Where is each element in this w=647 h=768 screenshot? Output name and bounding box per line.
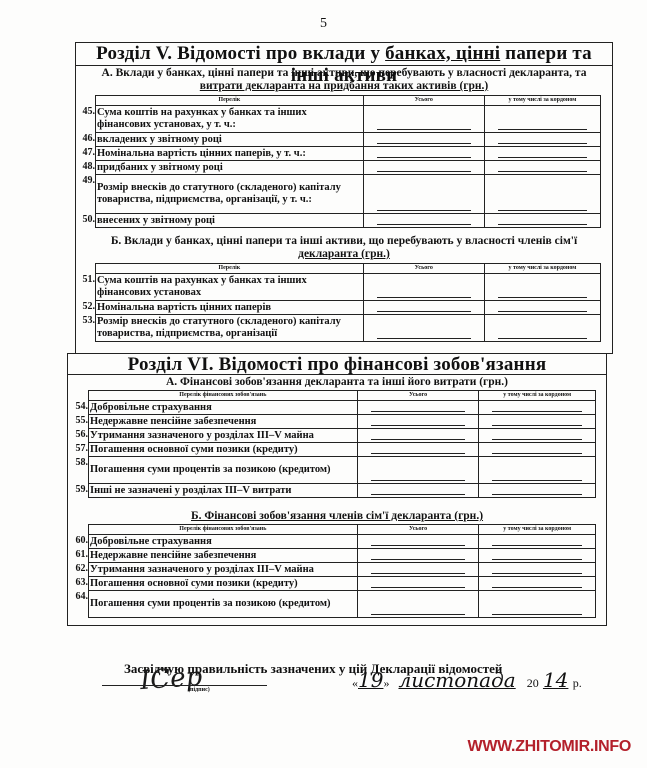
table-row: 46.вкладених у звітному році — [96, 133, 601, 147]
site-watermark: WWW.ZHITOMIR.INFO — [468, 738, 631, 756]
row-label: 60.Добровільне страхування — [89, 535, 358, 549]
total-value-field[interactable] — [363, 315, 484, 342]
row-number: 60. — [71, 535, 88, 547]
column-header-list: Перелік — [96, 96, 364, 106]
blank-dash-line — [377, 157, 471, 158]
blank-dash-line — [498, 157, 588, 158]
blank-dash-line — [492, 559, 582, 560]
abroad-value-field[interactable] — [479, 549, 596, 563]
section-6a-title: А. Фінансові зобов'язання декларанта та … — [68, 376, 606, 389]
column-header-total: Усього — [363, 264, 484, 274]
abroad-value-field[interactable] — [479, 535, 596, 549]
section-5b-title: Б. Вклади у банках, цінні папери та інші… — [76, 235, 612, 261]
row-label: 49.Розмір внесків до статутного (складен… — [96, 175, 364, 214]
blank-dash-line — [492, 494, 582, 495]
date-month: листопада — [398, 668, 515, 692]
blank-dash-line — [377, 129, 471, 130]
table-row: 58.Погашення суми процентів за позикою (… — [89, 457, 596, 484]
table-row: 47.Номінальна вартість цінних паперів, у… — [96, 147, 601, 161]
section-5a-title-line2: витрати декларанта на придбання таких ак… — [76, 80, 612, 93]
section-6b-title-text: Б. Фінансові зобов'язання членів сім'ї д… — [191, 510, 483, 522]
table-row: 56.Утримання зазначеного у розділах III–… — [89, 429, 596, 443]
row-label: 45.Сума коштів на рахунках у банках та і… — [96, 106, 364, 133]
section-6a-table: Перелік фінансових зобов'язаньУсьогоу то… — [88, 390, 596, 498]
row-label: 46.вкладених у звітному році — [96, 133, 364, 147]
table-row: 64.Погашення суми процентів за позикою (… — [89, 591, 596, 618]
table-header-row: ПерелікУсьогоу тому числі за кордоном — [96, 96, 601, 106]
blank-dash-line — [371, 439, 465, 440]
row-label-text: Погашення основної суми позики (кредиту) — [90, 578, 298, 589]
table-row: 55.Недержавне пенсійне забезпечення — [89, 415, 596, 429]
total-value-field[interactable] — [363, 214, 484, 228]
row-number: 45. — [78, 106, 95, 118]
row-label: 63.Погашення основної суми позики (креди… — [89, 577, 358, 591]
row-label-text: Погашення суми процентів за позикою (кре… — [90, 464, 331, 475]
column-header-abroad: у тому числі за кордоном — [484, 96, 600, 106]
blank-dash-line — [498, 297, 588, 298]
section-5a-title-line1: А. Вклади у банках, цінні папери та інші… — [76, 67, 612, 80]
row-label-text: Добровільне страхування — [90, 536, 212, 547]
blank-dash-line — [371, 425, 465, 426]
abroad-value-field[interactable] — [479, 429, 596, 443]
blank-dash-line — [377, 224, 471, 225]
row-label: 52.Номінальна вартість цінних паперів — [96, 301, 364, 315]
row-label: 59.Інші не зазначені у розділах III–V ви… — [89, 484, 358, 498]
row-number: 52. — [78, 301, 95, 313]
row-label: 47.Номінальна вартість цінних паперів, у… — [96, 147, 364, 161]
row-label-text: Розмір внесків до статутного (складеного… — [97, 316, 341, 339]
total-value-field[interactable] — [357, 484, 479, 498]
signature-line — [102, 685, 267, 686]
table-row: 61.Недержавне пенсійне забезпечення — [89, 549, 596, 563]
section-5b-table: ПерелікУсьогоу тому числі за кордоном51.… — [95, 263, 601, 342]
blank-dash-line — [371, 545, 465, 546]
table-row: 62.Утримання зазначеного у розділах III–… — [89, 563, 596, 577]
blank-dash-line — [492, 614, 582, 615]
abroad-value-field[interactable] — [479, 484, 596, 498]
total-value-field[interactable] — [357, 443, 479, 457]
total-value-field[interactable] — [357, 535, 479, 549]
row-number: 47. — [78, 147, 95, 159]
row-number: 49. — [78, 175, 95, 187]
abroad-value-field[interactable] — [479, 415, 596, 429]
section-5-title-prefix: Розділ V. Відомості про вклади у — [96, 43, 385, 64]
date-close-quote: » — [383, 676, 389, 690]
total-value-field[interactable] — [363, 301, 484, 315]
total-value-field[interactable] — [357, 429, 479, 443]
blank-dash-line — [492, 545, 582, 546]
row-number: 54. — [71, 401, 88, 413]
row-label-text: Недержавне пенсійне забезпечення — [90, 550, 256, 561]
row-number: 64. — [71, 591, 88, 603]
blank-dash-line — [498, 129, 588, 130]
column-header-total: Усього — [363, 96, 484, 106]
row-label: 61.Недержавне пенсійне забезпечення — [89, 549, 358, 563]
section-5-frame: Розділ V. Відомості про вклади у банках,… — [75, 42, 613, 354]
abroad-value-field[interactable] — [484, 315, 600, 342]
abroad-value-field[interactable] — [479, 401, 596, 415]
row-number: 57. — [71, 443, 88, 455]
blank-dash-line — [498, 224, 588, 225]
row-number: 62. — [71, 563, 88, 575]
table-row: 45.Сума коштів на рахунках у банках та і… — [96, 106, 601, 133]
table-header-row: Перелік фінансових зобов'язаньУсьогоу то… — [89, 391, 596, 401]
row-label-text: Сума коштів на рахунках у банках та інши… — [97, 107, 307, 130]
row-label: 57.Погашення основної суми позики (креди… — [89, 443, 358, 457]
blank-dash-line — [498, 143, 588, 144]
blank-dash-line — [371, 453, 465, 454]
blank-dash-line — [498, 171, 588, 172]
blank-dash-line — [492, 425, 582, 426]
total-value-field[interactable] — [363, 147, 484, 161]
total-value-field[interactable] — [357, 591, 479, 618]
row-number: 63. — [71, 577, 88, 589]
section-5a-table: ПерелікУсьогоу тому числі за кордоном45.… — [95, 95, 601, 228]
date-day: 19 — [358, 668, 383, 692]
row-label: 55.Недержавне пенсійне забезпечення — [89, 415, 358, 429]
total-value-field[interactable] — [363, 274, 484, 301]
section-5b-title-line2: декларанта (грн.) — [76, 248, 612, 261]
blank-dash-line — [371, 494, 465, 495]
section-5a-title: А. Вклади у банках, цінні папери та інші… — [76, 67, 612, 93]
page-number: 5 — [0, 16, 647, 32]
section-5-title: Розділ V. Відомості про вклади у банках,… — [76, 43, 612, 66]
table-row: 48.придбаних у звітному році — [96, 161, 601, 175]
column-header-total: Усього — [357, 525, 479, 535]
row-number: 58. — [71, 457, 88, 469]
row-label-text: придбаних у звітному році — [97, 162, 223, 173]
row-label-text: Погашення суми процентів за позикою (кре… — [90, 598, 331, 609]
date-year-abbr: р. — [573, 676, 582, 690]
abroad-value-field[interactable] — [484, 133, 600, 147]
row-label: 53.Розмір внесків до статутного (складен… — [96, 315, 364, 342]
row-number: 59. — [71, 484, 88, 496]
table-header-row: Перелік фінансових зобов'язаньУсьогоу то… — [89, 525, 596, 535]
row-label-text: Утримання зазначеного у розділах III–V м… — [90, 430, 314, 441]
column-header-abroad: у тому числі за кордоном — [479, 525, 596, 535]
row-number: 46. — [78, 133, 95, 145]
blank-dash-line — [371, 411, 465, 412]
row-label: 51.Сума коштів на рахунках у банках та і… — [96, 274, 364, 301]
blank-dash-line — [492, 439, 582, 440]
column-header-list: Перелік фінансових зобов'язань — [89, 391, 358, 401]
row-label: 56.Утримання зазначеного у розділах III–… — [89, 429, 358, 443]
blank-dash-line — [371, 559, 465, 560]
section-6b-table: Перелік фінансових зобов'язаньУсьогоу то… — [88, 524, 596, 618]
table-row: 51.Сума коштів на рахунках у банках та і… — [96, 274, 601, 301]
section-5b-title-line1: Б. Вклади у банках, цінні папери та інші… — [76, 235, 612, 248]
row-label-text: Погашення основної суми позики (кредиту) — [90, 444, 298, 455]
abroad-value-field[interactable] — [484, 175, 600, 214]
table-row: 57.Погашення основної суми позики (креди… — [89, 443, 596, 457]
row-label-text: Розмір внесків до статутного (складеного… — [97, 182, 341, 205]
row-label-text: Інші не зазначені у розділах III–V витра… — [90, 485, 291, 496]
row-label-text: вкладених у звітному році — [97, 134, 222, 145]
total-value-field[interactable] — [363, 133, 484, 147]
row-label-text: внесених у звітному році — [97, 215, 215, 226]
column-header-abroad: у тому числі за кордоном — [479, 391, 596, 401]
blank-dash-line — [492, 587, 582, 588]
blank-dash-line — [377, 143, 471, 144]
total-value-field[interactable] — [357, 577, 479, 591]
row-number: 53. — [78, 315, 95, 327]
blank-dash-line — [492, 480, 582, 481]
row-label-text: Номінальна вартість цінних паперів, у т.… — [97, 148, 306, 159]
abroad-value-field[interactable] — [479, 563, 596, 577]
table-row: 49.Розмір внесків до статутного (складен… — [96, 175, 601, 214]
blank-dash-line — [492, 453, 582, 454]
row-label-text: Номінальна вартість цінних паперів — [97, 302, 271, 313]
abroad-value-field[interactable] — [484, 301, 600, 315]
row-label: 54.Добровільне страхування — [89, 401, 358, 415]
abroad-value-field[interactable] — [479, 457, 596, 484]
total-value-field[interactable] — [357, 549, 479, 563]
row-label-text: Добровільне страхування — [90, 402, 212, 413]
signature-caption: (підпис) — [188, 687, 210, 693]
total-value-field[interactable] — [357, 457, 479, 484]
blank-dash-line — [377, 210, 471, 211]
column-header-abroad: у тому числі за кордоном — [484, 264, 600, 274]
row-label: 64.Погашення суми процентів за позикою (… — [89, 591, 358, 618]
row-label: 62.Утримання зазначеного у розділах III–… — [89, 563, 358, 577]
row-label: 50.внесених у звітному році — [96, 214, 364, 228]
row-label-text: Недержавне пенсійне забезпечення — [90, 416, 256, 427]
blank-dash-line — [498, 210, 588, 211]
table-row: 54.Добровільне страхування — [89, 401, 596, 415]
row-number: 61. — [71, 549, 88, 561]
abroad-value-field[interactable] — [484, 274, 600, 301]
date-year-suffix: 14 — [539, 668, 573, 692]
abroad-value-field[interactable] — [479, 577, 596, 591]
blank-dash-line — [492, 411, 582, 412]
total-value-field[interactable] — [363, 175, 484, 214]
table-header-row: ПерелікУсьогоу тому числі за кордоном — [96, 264, 601, 274]
row-number: 50. — [78, 214, 95, 226]
row-number: 55. — [71, 415, 88, 427]
row-number: 51. — [78, 274, 95, 286]
attestation-date: «19» листопада 2014р. — [352, 668, 582, 692]
row-label-text: Утримання зазначеного у розділах III–V м… — [90, 564, 314, 575]
blank-dash-line — [377, 311, 471, 312]
total-value-field[interactable] — [363, 106, 484, 133]
total-value-field[interactable] — [357, 415, 479, 429]
total-value-field[interactable] — [363, 161, 484, 175]
blank-dash-line — [377, 297, 471, 298]
blank-dash-line — [371, 587, 465, 588]
table-row: 60.Добровільне страхування — [89, 535, 596, 549]
section-5-title-underlined: банках, цінні — [385, 43, 500, 64]
row-label: 48.придбаних у звітному році — [96, 161, 364, 175]
blank-dash-line — [377, 338, 471, 339]
blank-dash-line — [498, 338, 588, 339]
abroad-value-field[interactable] — [484, 147, 600, 161]
row-label: 58.Погашення суми процентів за позикою (… — [89, 457, 358, 484]
blank-dash-line — [377, 171, 471, 172]
section-6-frame: Розділ VI. Відомості про фінансові зобов… — [67, 353, 607, 626]
column-header-total: Усього — [357, 391, 479, 401]
abroad-value-field[interactable] — [484, 161, 600, 175]
section-6b-title: Б. Фінансові зобов'язання членів сім'ї д… — [68, 510, 606, 523]
column-header-list: Перелік — [96, 264, 364, 274]
blank-dash-line — [371, 480, 465, 481]
total-value-field[interactable] — [357, 563, 479, 577]
table-row: 63.Погашення основної суми позики (креди… — [89, 577, 596, 591]
abroad-value-field[interactable] — [479, 591, 596, 618]
blank-dash-line — [492, 573, 582, 574]
blank-dash-line — [498, 311, 588, 312]
row-label-text: Сума коштів на рахунках у банках та інши… — [97, 275, 307, 298]
row-number: 56. — [71, 429, 88, 441]
section-6-title: Розділ VI. Відомості про фінансові зобов… — [68, 354, 606, 375]
abroad-value-field[interactable] — [484, 214, 600, 228]
table-row: 59.Інші не зазначені у розділах III–V ви… — [89, 484, 596, 498]
row-number: 48. — [78, 161, 95, 173]
total-value-field[interactable] — [357, 401, 479, 415]
column-header-list: Перелік фінансових зобов'язань — [89, 525, 358, 535]
date-year-prefix: 20 — [527, 676, 539, 690]
table-row: 52.Номінальна вартість цінних паперів — [96, 301, 601, 315]
table-row: 53.Розмір внесків до статутного (складен… — [96, 315, 601, 342]
blank-dash-line — [371, 573, 465, 574]
table-row: 50.внесених у звітному році — [96, 214, 601, 228]
abroad-value-field[interactable] — [484, 106, 600, 133]
blank-dash-line — [371, 614, 465, 615]
abroad-value-field[interactable] — [479, 443, 596, 457]
